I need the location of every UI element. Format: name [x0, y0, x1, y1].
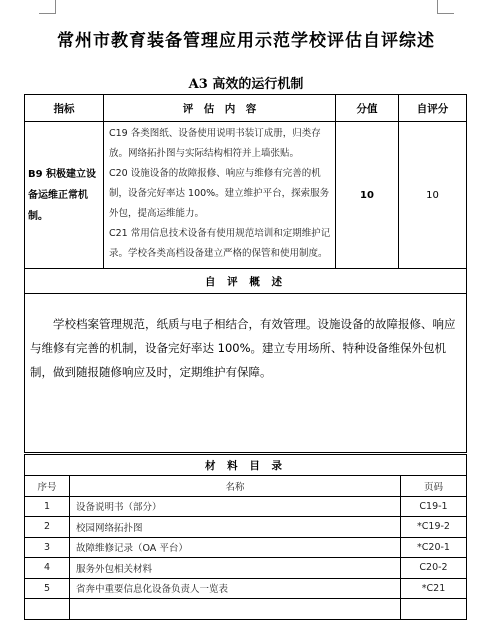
header-content: 评 估 内 容 [104, 95, 336, 122]
materials-table: 材 料 目 录 序号 名称 页码 1 设备说明书（部分） C19-1 2 校园网… [24, 454, 467, 620]
row-number: 2 [25, 517, 70, 538]
evaluation-table: 指标 评 估 内 容 分值 自评分 B9 积极建立设备运维正常机制。 C19 各… [24, 94, 467, 453]
header-indicator: 指标 [25, 95, 104, 122]
row-page: C20-2 [401, 558, 467, 579]
row-number: 3 [25, 537, 70, 558]
header-name: 名称 [70, 476, 401, 497]
row-name: 设备说明书（部分） [70, 496, 401, 517]
content-cell: C19 各类图纸、设备使用说明书装订成册，归类存放。网络拓扑图与实际结构相符并上… [104, 122, 336, 269]
row-page [401, 599, 467, 620]
materials-heading-row: 材 料 目 录 [25, 455, 467, 476]
row-name: 校园网络拓扑图 [70, 517, 401, 538]
row-number: 1 [25, 496, 70, 517]
table-row: 3 故障维修记录（OA 平台） *C20-1 [25, 537, 467, 558]
row-name: 省奔中重要信息化设备负责人一览表 [70, 578, 401, 599]
row-number: 4 [25, 558, 70, 579]
summary-heading: 自 评 概 述 [25, 269, 467, 294]
materials-heading: 材 料 目 录 [25, 455, 467, 476]
header-self-score: 自评分 [399, 95, 467, 122]
document-title: 常州市教育装备管理应用示范学校评估自评综述 [0, 26, 492, 51]
criterion-c19: C19 各类图纸、设备使用说明书装订成册，归类存放。网络拓扑图与实际结构相符并上… [109, 124, 331, 164]
table-row: 5 省奔中重要信息化设备负责人一览表 *C21 [25, 578, 467, 599]
evaluation-header-row: 指标 评 估 内 容 分值 自评分 [25, 95, 467, 122]
materials-header-row: 序号 名称 页码 [25, 476, 467, 497]
summary-row: 学校档案管理规范，纸质与电子相结合，有效管理。设施设备的故障报修、响应与维修有完… [25, 294, 467, 453]
summary-text: 学校档案管理规范，纸质与电子相结合，有效管理。设施设备的故障报修、响应与维修有完… [30, 312, 462, 384]
row-page: *C19-2 [401, 517, 467, 538]
summary-cell: 学校档案管理规范，纸质与电子相结合，有效管理。设施设备的故障报修、响应与维修有完… [25, 294, 467, 453]
row-name: 故障维修记录（OA 平台） [70, 537, 401, 558]
row-name: 服务外包相关材料 [70, 558, 401, 579]
indicator-cell: B9 积极建立设备运维正常机制。 [25, 122, 104, 269]
criterion-c20: C20 设施设备的故障报修、响应与维修有完善的机制，设备完好率达 100%。建立… [109, 164, 331, 224]
row-number [25, 599, 70, 620]
header-score: 分值 [336, 95, 399, 122]
row-page: C19-1 [401, 496, 467, 517]
header-page: 页码 [401, 476, 467, 497]
row-number: 5 [25, 578, 70, 599]
section-subtitle: A3 高效的运行机制 [0, 73, 492, 92]
self-score-cell: 10 [399, 122, 467, 269]
criterion-c21: C21 常用信息技术设备有使用规范培训和定期维护记录。学校各类高档设备建立严格的… [109, 224, 331, 264]
table-row: 1 设备说明书（部分） C19-1 [25, 496, 467, 517]
score-cell: 10 [336, 122, 399, 269]
header-number: 序号 [25, 476, 70, 497]
table-row-empty [25, 599, 467, 620]
row-name [70, 599, 401, 620]
table-row: 2 校园网络拓扑图 *C19-2 [25, 517, 467, 538]
crop-mark-top-left [39, 0, 56, 14]
row-page: *C21 [401, 578, 467, 599]
summary-heading-row: 自 评 概 述 [25, 269, 467, 294]
table-row: 4 服务外包相关材料 C20-2 [25, 558, 467, 579]
row-page: *C20-1 [401, 537, 467, 558]
evaluation-row: B9 积极建立设备运维正常机制。 C19 各类图纸、设备使用说明书装订成册，归类… [25, 122, 467, 269]
crop-mark-top-right [437, 0, 454, 14]
